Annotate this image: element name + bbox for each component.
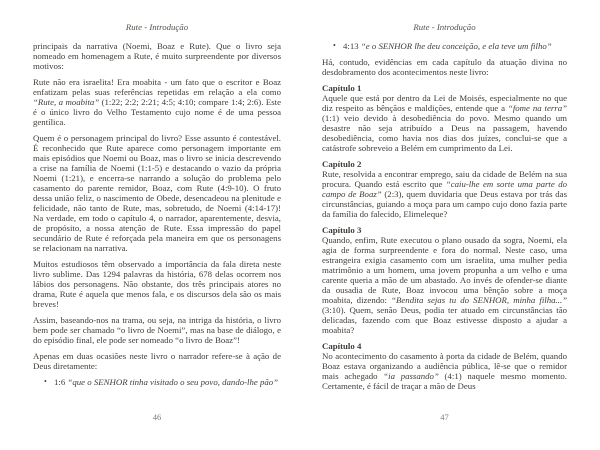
- page-left: Rute - Introdução principais da narrativ…: [33, 0, 281, 450]
- body-text: Apenas em duas ocasiões neste livro o na…: [33, 351, 281, 371]
- chapter-heading: Capítulo 1: [322, 83, 567, 93]
- chapter-heading: Capítulo 4: [322, 341, 567, 351]
- body-text: (3:10). Quem, senão Deus, podia ter atua…: [322, 305, 567, 335]
- paragraph: Quem é o personagem principal do livro? …: [33, 133, 281, 253]
- quote-text: “e o SENHOR lhe deu conceição, e ela tev…: [361, 41, 552, 51]
- paragraph: Assim, baseando-nos na trama, ou seja, n…: [33, 315, 281, 345]
- body-text: principais da narrativa (Noemi, Boaz e R…: [33, 41, 281, 71]
- paragraph: Rute não era israelita! Era moabita - um…: [33, 77, 281, 127]
- bullet-icon: •: [333, 41, 336, 51]
- running-header: Rute - Introdução: [33, 22, 281, 32]
- paragraph: principais da narrativa (Noemi, Boaz e R…: [33, 41, 281, 71]
- paragraph: Rute, resolvida a encontrar emprego, sai…: [322, 169, 567, 219]
- page-body: •4:13 “e o SENHOR lhe deu conceição, e e…: [322, 41, 567, 391]
- body-text: 4:13: [343, 41, 361, 51]
- quote-text: “Rute, a moabita”: [33, 97, 99, 107]
- paragraph: Há, contudo, evidências em cada capítulo…: [322, 57, 567, 77]
- body-text: 1:6: [54, 377, 67, 387]
- paragraph: No acontecimento do casamento à porta da…: [322, 351, 567, 391]
- body-text: (1:1) veio devido à desobediência do pov…: [322, 113, 567, 153]
- body-text: Há, contudo, evidências em cada capítulo…: [322, 57, 567, 77]
- body-text: Quem é o personagem principal do livro? …: [33, 133, 281, 253]
- page-number: 47: [322, 412, 567, 422]
- book-spread: Rute - Introdução principais da narrativ…: [0, 0, 600, 450]
- page-body: principais da narrativa (Noemi, Boaz e R…: [33, 41, 281, 387]
- paragraph: Muitos estudiosos têm observado a import…: [33, 259, 281, 309]
- chapter-heading: Capítulo 2: [322, 159, 567, 169]
- bullet-icon: •: [44, 377, 47, 387]
- body-text: Rute não era israelita! Era moabita - um…: [33, 77, 281, 97]
- quote-text: “Bendita sejas tu do SENHOR, minha filha…: [391, 295, 567, 305]
- quote-text: “fome na terra”: [508, 103, 567, 113]
- paragraph: Quando, enfim, Rute executou o plano ous…: [322, 235, 567, 335]
- chapter-heading: Capítulo 3: [322, 225, 567, 235]
- list-item: •4:13 “e o SENHOR lhe deu conceição, e e…: [322, 41, 567, 51]
- paragraph: Aquele que está por dentro da Lei de Moi…: [322, 93, 567, 153]
- quote-text: “ia passando”: [383, 371, 439, 381]
- list-item: •1:6 “que o SENHOR tinha visitado o seu …: [33, 377, 281, 387]
- page-number: 46: [33, 412, 281, 422]
- body-text: Muitos estudiosos têm observado a import…: [33, 259, 281, 309]
- quote-text: “que o SENHOR tinha visitado o seu povo,…: [67, 377, 278, 387]
- page-right: Rute - Introdução •4:13 “e o SENHOR lhe …: [322, 0, 567, 450]
- body-text: Assim, baseando-nos na trama, ou seja, n…: [33, 315, 281, 345]
- paragraph: Apenas em duas ocasiões neste livro o na…: [33, 351, 281, 371]
- running-header: Rute - Introdução: [322, 22, 567, 32]
